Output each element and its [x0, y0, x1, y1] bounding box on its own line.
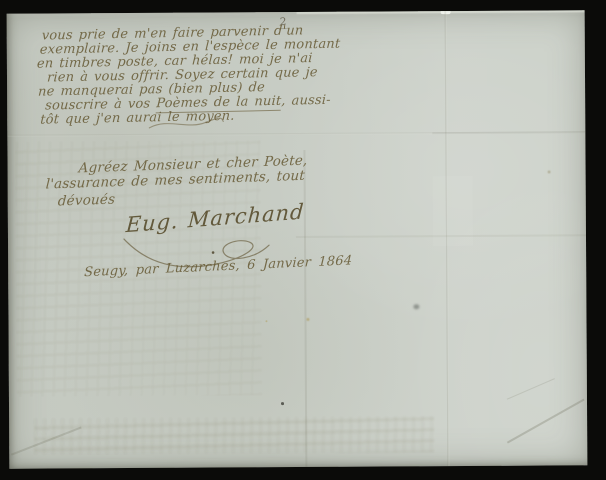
gray-smudge-stain — [413, 304, 419, 309]
paper-top-edge-highlight — [297, 10, 585, 14]
letter-paper: 2 vous prie de m'en faire parvenir d'un … — [7, 10, 588, 469]
corner-crease-bottom-right — [507, 399, 584, 443]
corner-crease-bottom-left — [11, 426, 81, 455]
horizontal-fold-crease — [7, 131, 585, 137]
yellow-spot-stain-small — [265, 320, 267, 322]
faint-spot — [548, 170, 551, 173]
corner-crease-bottom-right-2 — [507, 378, 555, 400]
signature-text: Eug. Marchand — [125, 201, 305, 236]
vertical-fold-crease — [445, 11, 450, 466]
ink-speck — [281, 402, 284, 405]
vertical-fold-crease-faint — [303, 150, 306, 467]
closing-line-3: dévoués — [57, 193, 115, 208]
horizontal-fold-crease-right — [432, 131, 585, 134]
horizontal-crease-faint — [296, 234, 586, 237]
body-line-6-post: , aussi- — [281, 93, 331, 109]
yellow-spot-stain — [306, 318, 309, 321]
paper-edge-notch — [441, 10, 451, 14]
pen-flourish-small — [147, 114, 225, 132]
light-patch — [433, 176, 473, 246]
ink-bleedthrough-bottom — [34, 416, 434, 454]
scanned-letter-page: { "scan": { "background_color": "#0b0b09… — [0, 0, 606, 480]
